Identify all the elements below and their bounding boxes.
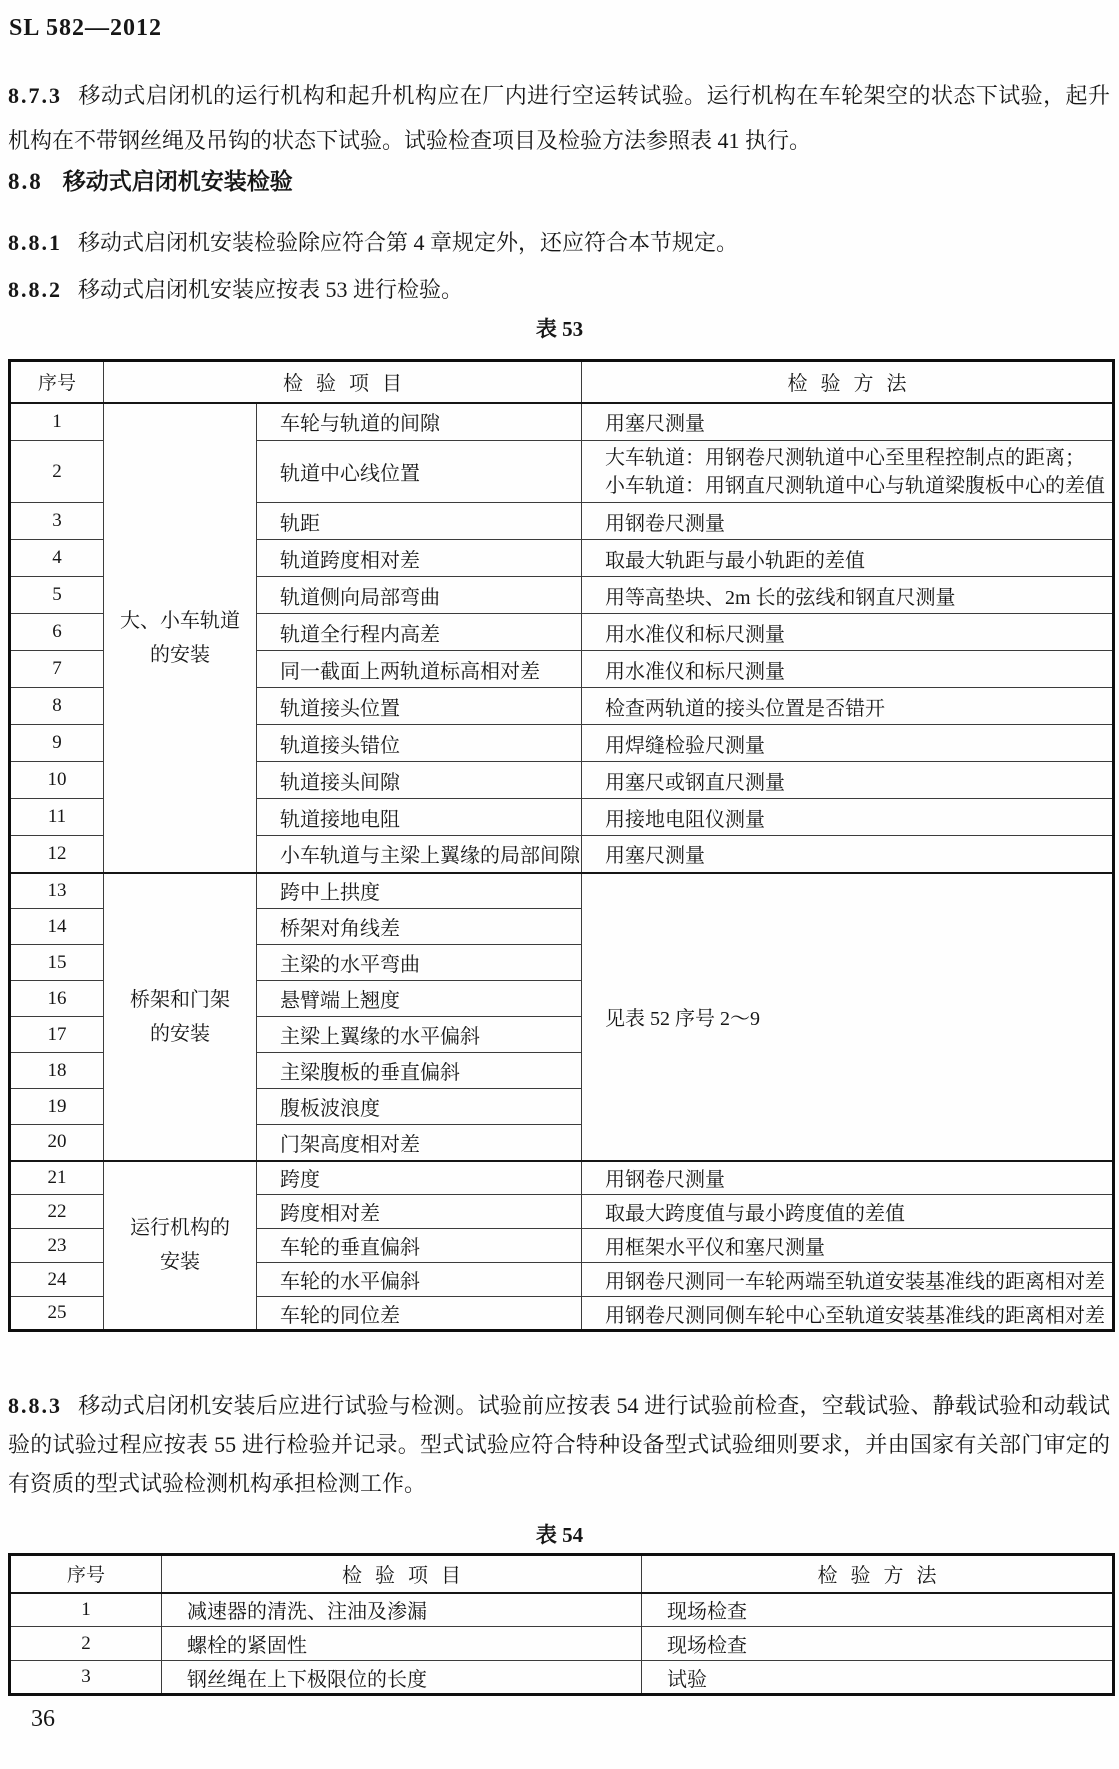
- section-8-8-1-paragraph: 8.8.1移动式启闭机安装检验除应符合第 4 章规定外，还应符合本节规定。: [8, 227, 1110, 259]
- table-row: 1 减速器的清洗、注油及渗漏 现场检查: [10, 1593, 1114, 1627]
- row-no-cell: 4: [10, 540, 104, 577]
- method-cell: 取最大跨度值与最小跨度值的差值: [582, 1195, 1114, 1229]
- method-cell: 用钢卷尺测同一车轮两端至轨道安装基准线的距离相对差: [582, 1263, 1114, 1297]
- row-no-cell: 15: [10, 945, 104, 981]
- row-no-cell: 9: [10, 725, 104, 762]
- method-cell: 用焊缝检验尺测量: [582, 725, 1114, 762]
- row-no-cell: 20: [10, 1125, 104, 1161]
- section-text: 移动式启闭机安装检验除应符合第 4 章规定外，还应符合本节规定。: [78, 230, 738, 255]
- row-no-cell: 25: [10, 1297, 104, 1331]
- table-row: 2 螺栓的紧固性 现场检查: [10, 1627, 1114, 1661]
- header-cell-item: 检验项目: [104, 361, 582, 403]
- item-cell: 轨道接地电阻: [257, 799, 582, 836]
- section-text: 移动式启闭机安装后应进行试验与检测。试验前应按表 54 进行试验前检查，空载试验…: [8, 1393, 1110, 1496]
- method-cell: 用钢卷尺测同侧车轮中心至轨道安装基准线的距离相对差: [582, 1297, 1114, 1331]
- section-text: 移动式启闭机安装应按表 53 进行检验。: [78, 277, 463, 302]
- item-cell: 轨距: [257, 503, 582, 540]
- document-page: SL 582—2012 8.7.3移动式启闭机的运行机构和起升机构应在厂内进行空…: [0, 0, 1119, 1769]
- method-cell: 大车轨道：用钢卷尺测轨道中心至里程控制点的距离； 小车轨道：用钢直尺测轨道中心与…: [582, 441, 1114, 503]
- table-53-title: 表 53: [0, 313, 1119, 343]
- section-title: 移动式启闭机安装检验: [63, 169, 293, 194]
- item-cell: 车轮与轨道的间隙: [257, 403, 582, 441]
- item-cell: 同一截面上两轨道标高相对差: [257, 651, 582, 688]
- row-no-cell: 6: [10, 614, 104, 651]
- section-8-8-2-paragraph: 8.8.2移动式启闭机安装应按表 53 进行检验。: [8, 274, 1110, 306]
- item-cell: 车轮的同位差: [257, 1297, 582, 1331]
- method-cell: 取最大轨距与最小轨距的差值: [582, 540, 1114, 577]
- section-number: 8.8.1: [8, 230, 62, 255]
- row-no-cell: 24: [10, 1263, 104, 1297]
- row-no-cell: 8: [10, 688, 104, 725]
- item-cell: 螺栓的紧固性: [162, 1627, 642, 1661]
- section-8-8-heading: 8.8移动式启闭机安装检验: [8, 167, 1110, 197]
- section-text: 移动式启闭机的运行机构和起升机构应在厂内进行空运转试验。运行机构在车轮架空的状态…: [8, 83, 1110, 153]
- row-no-cell: 16: [10, 981, 104, 1017]
- row-no-cell: 14: [10, 909, 104, 945]
- item-cell: 跨度相对差: [257, 1195, 582, 1229]
- table-row: 3 钢丝绳在上下极限位的长度 试验: [10, 1661, 1114, 1695]
- item-cell: 轨道侧向局部弯曲: [257, 577, 582, 614]
- item-cell: 轨道接头间隙: [257, 762, 582, 799]
- row-no-cell: 10: [10, 762, 104, 799]
- table-row: 1 大、小车轨道 的安装 车轮与轨道的间隙 用塞尺测量: [10, 403, 1114, 441]
- item-cell: 轨道接头位置: [257, 688, 582, 725]
- method-cell: 用钢卷尺测量: [582, 1161, 1114, 1195]
- row-no-cell: 1: [10, 403, 104, 441]
- page-number: 36: [31, 1706, 55, 1733]
- item-cell: 车轮的水平偏斜: [257, 1263, 582, 1297]
- header-cell-item: 检验项目: [162, 1555, 642, 1593]
- item-cell: 腹板波浪度: [257, 1089, 582, 1125]
- row-no-cell: 17: [10, 1017, 104, 1053]
- section-number: 8.8.3: [8, 1393, 62, 1418]
- header-cell-method: 检验方法: [642, 1555, 1114, 1593]
- table-header-row: 序号 检验项目 检验方法: [10, 361, 1114, 403]
- item-cell: 轨道跨度相对差: [257, 540, 582, 577]
- section-number: 8.8.2: [8, 277, 62, 302]
- method-cell: 用等高垫块、2m 长的弦线和钢直尺测量: [582, 577, 1114, 614]
- method-cell: 用钢卷尺测量: [582, 503, 1114, 540]
- row-no-cell: 11: [10, 799, 104, 836]
- merged-method-cell: 见表 52 序号 2～9: [582, 873, 1114, 1161]
- method-cell: 试验: [642, 1661, 1114, 1695]
- table-row: 21 运行机构的 安装 跨度 用钢卷尺测量: [10, 1161, 1114, 1195]
- table-row: 13 桥架和门架 的安装 跨中上拱度 见表 52 序号 2～9: [10, 873, 1114, 909]
- row-no-cell: 21: [10, 1161, 104, 1195]
- item-cell: 主梁的水平弯曲: [257, 945, 582, 981]
- item-cell: 主梁上翼缘的水平偏斜: [257, 1017, 582, 1053]
- row-no-cell: 2: [10, 441, 104, 503]
- row-no-cell: 23: [10, 1229, 104, 1263]
- item-cell: 小车轨道与主梁上翼缘的局部间隙: [257, 836, 582, 873]
- table-53: 序号 检验项目 检验方法 1 大、小车轨道 的安装 车轮与轨道的间隙 用塞尺测量…: [8, 359, 1115, 1332]
- item-cell: 轨道接头错位: [257, 725, 582, 762]
- item-cell: 主梁腹板的垂直偏斜: [257, 1053, 582, 1089]
- item-cell: 悬臂端上翘度: [257, 981, 582, 1017]
- item-cell: 跨中上拱度: [257, 873, 582, 909]
- row-no-cell: 3: [10, 503, 104, 540]
- method-cell: 用塞尺测量: [582, 403, 1114, 441]
- method-cell: 用水准仪和标尺测量: [582, 614, 1114, 651]
- item-cell: 跨度: [257, 1161, 582, 1195]
- row-no-cell: 18: [10, 1053, 104, 1089]
- item-cell: 减速器的清洗、注油及渗漏: [162, 1593, 642, 1627]
- row-no-cell: 12: [10, 836, 104, 873]
- row-no-cell: 13: [10, 873, 104, 909]
- table-header-row: 序号 检验项目 检验方法: [10, 1555, 1114, 1593]
- method-cell: 检查两轨道的接头位置是否错开: [582, 688, 1114, 725]
- row-no-cell: 2: [10, 1627, 162, 1661]
- method-cell: 用接地电阻仪测量: [582, 799, 1114, 836]
- item-cell: 门架高度相对差: [257, 1125, 582, 1161]
- group-cell-bridge-gantry-installation: 桥架和门架 的安装: [104, 873, 257, 1161]
- section-number: 8.8: [8, 169, 43, 194]
- standard-number-header: SL 582—2012: [9, 15, 162, 42]
- item-cell: 桥架对角线差: [257, 909, 582, 945]
- method-cell: 用水准仪和标尺测量: [582, 651, 1114, 688]
- table-54-title: 表 54: [0, 1519, 1119, 1549]
- row-no-cell: 5: [10, 577, 104, 614]
- row-no-cell: 19: [10, 1089, 104, 1125]
- item-cell: 钢丝绳在上下极限位的长度: [162, 1661, 642, 1695]
- method-cell: 现场检查: [642, 1627, 1114, 1661]
- method-cell: 现场检查: [642, 1593, 1114, 1627]
- row-no-cell: 22: [10, 1195, 104, 1229]
- row-no-cell: 7: [10, 651, 104, 688]
- section-8-7-3-paragraph: 8.7.3移动式启闭机的运行机构和起升机构应在厂内进行空运转试验。运行机构在车轮…: [8, 73, 1110, 163]
- header-cell-no: 序号: [10, 361, 104, 403]
- method-cell: 用塞尺或钢直尺测量: [582, 762, 1114, 799]
- header-cell-method: 检验方法: [582, 361, 1114, 403]
- group-cell-travel-mechanism-installation: 运行机构的 安装: [104, 1161, 257, 1331]
- section-8-8-3-paragraph: 8.8.3移动式启闭机安装后应进行试验与检测。试验前应按表 54 进行试验前检查…: [8, 1386, 1110, 1503]
- header-cell-no: 序号: [10, 1555, 162, 1593]
- section-number: 8.7.3: [8, 83, 62, 108]
- table-54: 序号 检验项目 检验方法 1 减速器的清洗、注油及渗漏 现场检查 2 螺栓的紧固…: [8, 1553, 1115, 1696]
- group-cell-rail-installation: 大、小车轨道 的安装: [104, 403, 257, 873]
- method-cell: 用框架水平仪和塞尺测量: [582, 1229, 1114, 1263]
- item-cell: 轨道中心线位置: [257, 441, 582, 503]
- item-cell: 轨道全行程内高差: [257, 614, 582, 651]
- method-cell: 用塞尺测量: [582, 836, 1114, 873]
- row-no-cell: 1: [10, 1593, 162, 1627]
- item-cell: 车轮的垂直偏斜: [257, 1229, 582, 1263]
- row-no-cell: 3: [10, 1661, 162, 1695]
